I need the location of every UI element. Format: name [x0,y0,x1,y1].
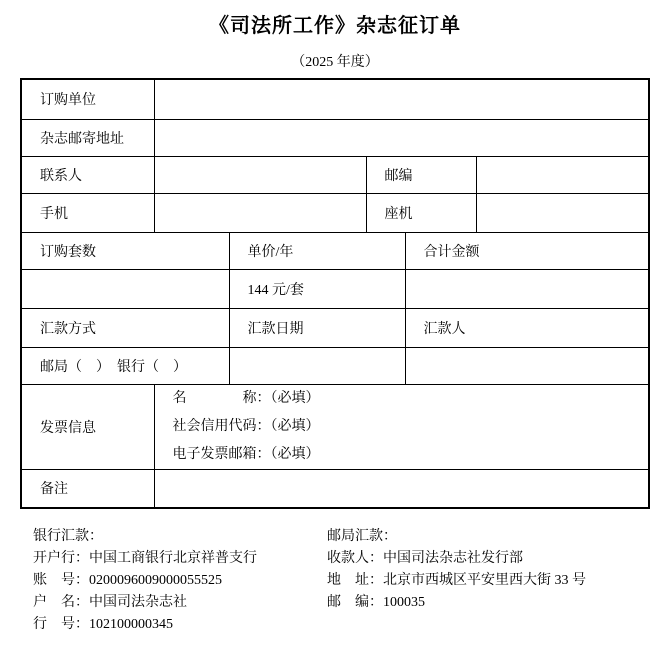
bank-branch-number-line: 行 号：102100000345 [33,614,257,636]
bank-remittance-heading: 银行汇款： [33,526,257,548]
postal-remittance-heading: 邮局汇款： [327,526,586,548]
page-title: 《司法所工作》杂志征订单 [0,0,670,38]
table-row: 邮局（ ） 银行（ ） [21,347,649,384]
table-row: 汇款方式 汇款日期 汇款人 [21,308,649,347]
unit-price-value: 144 元/套 [229,269,405,308]
table-row: 订购单位 [21,79,649,119]
mobile-label: 手机 [21,193,154,232]
landline-field [476,193,649,232]
mailing-address-field [154,119,649,156]
table-row: 发票信息 名 称：（必填） 社会信用代码：（必填） 电子发票邮箱：（必填） [21,384,649,469]
bank-account-bank-line: 开户行：中国工商银行北京祥普支行 [33,548,257,570]
total-amount-label: 合计金额 [405,232,649,269]
invoice-credit-code-line: 社会信用代码：（必填） [173,413,645,441]
contact-field [154,156,366,193]
bank-account-number-line: 账 号：0200096009000055525 [33,570,257,592]
postal-payee-line: 收款人：中国司法杂志社发行部 [327,548,586,570]
bank-remittance-info: 银行汇款： 开户行：中国工商银行北京祥普支行 账 号：0200096009000… [33,526,257,636]
mobile-field [154,193,366,232]
payer-field [405,347,649,384]
postal-code-line: 邮 编：100035 [327,592,586,614]
postcode-field [476,156,649,193]
payment-date-label: 汇款日期 [229,308,405,347]
subscription-table: 订购单位 杂志邮寄地址 联系人 邮编 手机 座机 订购套数 单价/年 合计金额 … [20,78,650,509]
table-row: 订购套数 单价/年 合计金额 [21,232,649,269]
subscription-form-document: { "page": { "title": "《司法所工作》杂志征订单", "su… [0,0,670,654]
table-row: 联系人 邮编 [21,156,649,193]
payment-date-field [229,347,405,384]
subscriber-unit-label: 订购单位 [21,79,154,119]
table-row: 144 元/套 [21,269,649,308]
page-subtitle: （2025 年度） [0,51,670,71]
subscriber-unit-field [154,79,649,119]
unit-price-label: 单价/年 [229,232,405,269]
total-amount-field [405,269,649,308]
invoice-email-line: 电子发票邮箱：（必填） [173,441,645,469]
invoice-name-line: 名 称：（必填） [173,385,645,413]
landline-label: 座机 [366,193,476,232]
table-row: 手机 座机 [21,193,649,232]
remarks-field [154,469,649,508]
bank-account-name-line: 户 名：中国司法杂志社 [33,592,257,614]
invoice-label: 发票信息 [21,384,154,469]
payment-method-label: 汇款方式 [21,308,229,347]
remarks-label: 备注 [21,469,154,508]
table-row: 备注 [21,469,649,508]
postal-remittance-info: 邮局汇款： 收款人：中国司法杂志社发行部 地 址：北京市西城区平安里西大街 33… [327,526,586,614]
payment-options: 邮局（ ） 银行（ ） [21,347,229,384]
quantity-field [21,269,229,308]
payer-label: 汇款人 [405,308,649,347]
table-row: 杂志邮寄地址 [21,119,649,156]
postcode-label: 邮编 [366,156,476,193]
invoice-info-cell: 名 称：（必填） 社会信用代码：（必填） 电子发票邮箱：（必填） [154,384,649,469]
quantity-label: 订购套数 [21,232,229,269]
postal-address-line: 地 址：北京市西城区平安里西大街 33 号 [327,570,586,592]
mailing-address-label: 杂志邮寄地址 [21,119,154,156]
contact-label: 联系人 [21,156,154,193]
